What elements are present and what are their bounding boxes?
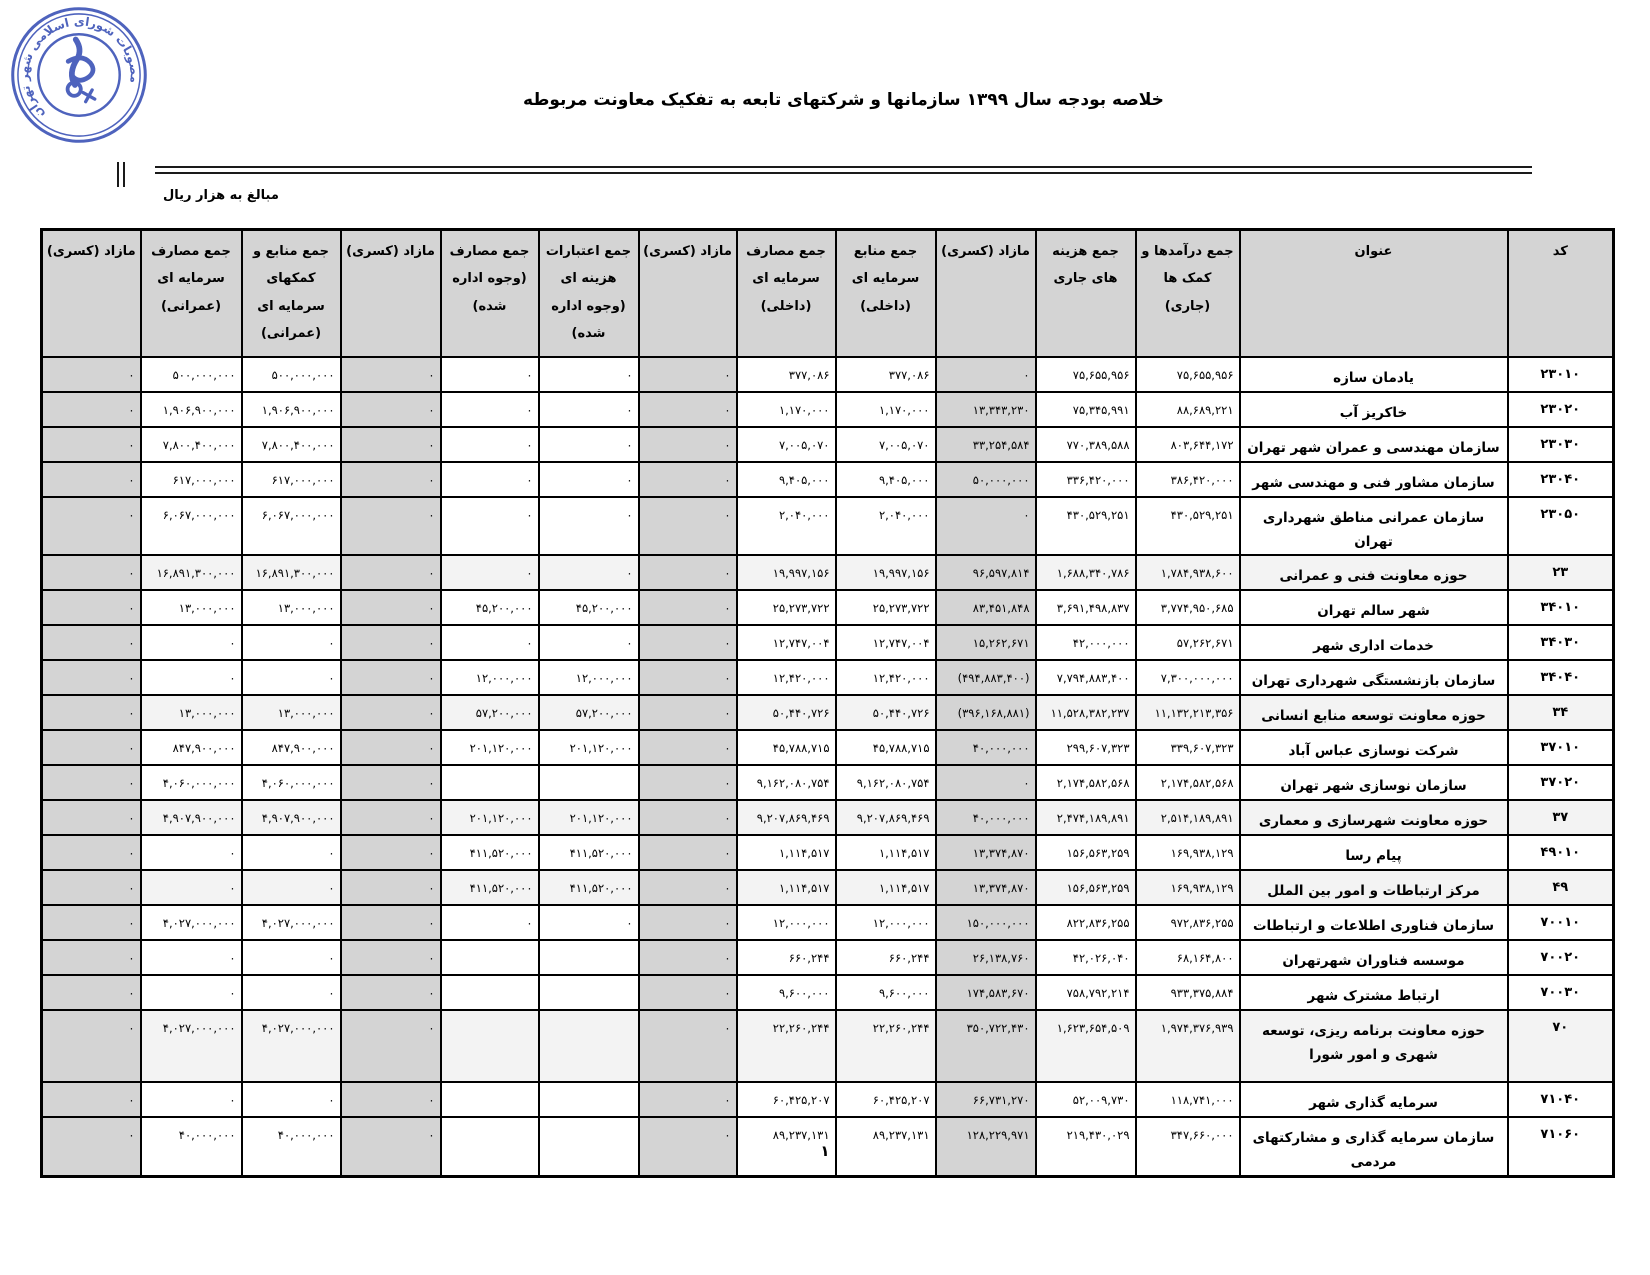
value-cell: ۷,۳۰۰,۰۰۰,۰۰۰	[1136, 660, 1240, 695]
value-cell: ۴۵,۲۰۰,۰۰۰	[539, 590, 639, 625]
value-cell: ۸۴۷,۹۰۰,۰۰۰	[141, 730, 242, 765]
table-row: ۲۳۰۵۰سازمان عمرانی مناطق شهرداری تهران۴۳…	[42, 497, 1614, 556]
value-cell: ۱,۹۷۴,۳۷۶,۹۳۹	[1136, 1010, 1240, 1082]
value-cell: ۳۷۷,۰۸۶	[836, 357, 936, 392]
surplus-value-cell: ۰	[42, 357, 141, 392]
table-row: ۲۳۰۱۰یادمان سازه۷۵,۶۵۵,۹۵۶۷۵,۶۵۵,۹۵۶۰۳۷۷…	[42, 357, 1614, 392]
code-cell: ۲۳۰۱۰	[1508, 357, 1614, 392]
value-cell: ۴۳۰,۵۲۹,۲۵۱	[1036, 497, 1136, 556]
code-cell: ۳۷۰۲۰	[1508, 765, 1614, 800]
value-cell: ۰	[242, 940, 341, 975]
subtotal-row: ۷۰حوزه معاونت برنامه ریزی، توسعه شهری و …	[42, 1010, 1614, 1082]
code-cell: ۴۹	[1508, 870, 1614, 905]
value-cell	[539, 1010, 639, 1082]
value-cell: ۱۶,۸۹۱,۳۰۰,۰۰۰	[242, 555, 341, 590]
value-cell: ۹,۱۶۲,۰۸۰,۷۵۴	[836, 765, 936, 800]
value-cell: ۷,۷۹۴,۸۸۳,۴۰۰	[1036, 660, 1136, 695]
value-cell: ۱۹,۹۹۷,۱۵۶	[836, 555, 936, 590]
surplus-value-cell: ۰	[42, 555, 141, 590]
value-cell: ۴۲,۰۲۶,۰۴۰	[1036, 940, 1136, 975]
value-cell: ۵۰۰,۰۰۰,۰۰۰	[242, 357, 341, 392]
value-cell: ۱۵۶,۵۶۳,۲۵۹	[1036, 870, 1136, 905]
surplus-value-cell: ۰	[42, 905, 141, 940]
value-cell: ۳۷۷,۰۸۶	[737, 357, 836, 392]
value-cell: ۰	[441, 497, 539, 556]
table-row: ۳۴۰۱۰شهر سالم تهران۳,۷۷۴,۹۵۰,۶۸۵۳,۶۹۱,۴۹…	[42, 590, 1614, 625]
value-cell: ۹,۲۰۷,۸۶۹,۴۶۹	[737, 800, 836, 835]
table-row: ۳۷۰۲۰سازمان نوسازی شهر تهران۲,۱۷۴,۵۸۲,۵۶…	[42, 765, 1614, 800]
value-cell: ۴,۰۲۷,۰۰۰,۰۰۰	[141, 905, 242, 940]
value-cell: ۲,۰۴۰,۰۰۰	[737, 497, 836, 556]
surplus-value-cell: ۰	[42, 590, 141, 625]
value-cell: ۴۱۱,۵۲۰,۰۰۰	[539, 835, 639, 870]
value-cell: ۰	[539, 625, 639, 660]
column-header: عنوان	[1240, 230, 1508, 357]
value-cell: ۰	[242, 870, 341, 905]
value-cell: ۱۳,۰۰۰,۰۰۰	[141, 590, 242, 625]
surplus-value-cell: ۰	[639, 800, 737, 835]
value-cell	[539, 975, 639, 1010]
value-cell: ۴۲,۰۰۰,۰۰۰	[1036, 625, 1136, 660]
table-row: ۲۳۰۳۰سازمان مهندسی و عمران شهر تهران۸۰۳,…	[42, 427, 1614, 462]
value-cell: ۵۰۰,۰۰۰,۰۰۰	[141, 357, 242, 392]
value-cell: ۲۲,۲۶۰,۲۴۴	[737, 1010, 836, 1082]
surplus-value-cell: ۰	[341, 427, 441, 462]
value-cell: ۴۵,۲۰۰,۰۰۰	[441, 590, 539, 625]
value-cell: ۹,۴۰۵,۰۰۰	[737, 462, 836, 497]
surplus-value-cell: ۰	[639, 1082, 737, 1117]
surplus-value-cell: ۰	[639, 427, 737, 462]
surplus-value-cell: ۰	[639, 555, 737, 590]
title-cell: سازمان بازنشستگی شهرداری تهران	[1240, 660, 1508, 695]
surplus-value-cell: ۰	[639, 392, 737, 427]
surplus-value-cell: (۳۹۶,۱۶۸,۸۸۱)	[936, 695, 1036, 730]
value-cell: ۱۶۹,۹۳۸,۱۲۹	[1136, 870, 1240, 905]
value-cell: ۶,۰۶۷,۰۰۰,۰۰۰	[242, 497, 341, 556]
value-cell: ۳,۷۷۴,۹۵۰,۶۸۵	[1136, 590, 1240, 625]
column-header: جمع منابع و کمکهای سرمایه ای (عمرانی)	[242, 230, 341, 357]
value-cell: ۱,۹۰۶,۹۰۰,۰۰۰	[141, 392, 242, 427]
table-row: ۷۰۰۱۰سازمان فناوری اطلاعات و ارتباطات۹۷۲…	[42, 905, 1614, 940]
value-cell: ۴,۰۲۷,۰۰۰,۰۰۰	[242, 1010, 341, 1082]
value-cell: ۲۰۱,۱۲۰,۰۰۰	[539, 800, 639, 835]
title-cell: سازمان مهندسی و عمران شهر تهران	[1240, 427, 1508, 462]
surplus-value-cell: ۰	[639, 730, 737, 765]
surplus-value-cell: ۰	[42, 1010, 141, 1082]
title-cell: سازمان عمرانی مناطق شهرداری تهران	[1240, 497, 1508, 556]
value-cell	[441, 765, 539, 800]
value-cell: ۹,۶۰۰,۰۰۰	[836, 975, 936, 1010]
surplus-value-cell: ۴۰,۰۰۰,۰۰۰	[936, 730, 1036, 765]
value-cell: ۷۵,۶۵۵,۹۵۶	[1136, 357, 1240, 392]
value-cell: ۸۴۷,۹۰۰,۰۰۰	[242, 730, 341, 765]
value-cell: ۵۰,۴۴۰,۷۲۶	[737, 695, 836, 730]
surplus-value-cell: ۰	[341, 940, 441, 975]
value-cell: ۲,۵۱۴,۱۸۹,۸۹۱	[1136, 800, 1240, 835]
value-cell: ۶۰,۴۲۵,۲۰۷	[836, 1082, 936, 1117]
value-cell: ۱,۹۰۶,۹۰۰,۰۰۰	[242, 392, 341, 427]
surplus-value-cell: ۰	[639, 357, 737, 392]
value-cell: ۸۸,۶۸۹,۲۲۱	[1136, 392, 1240, 427]
value-cell: ۰	[441, 392, 539, 427]
subtotal-row: ۳۷حوزه معاونت شهرسازی و معماری۲,۵۱۴,۱۸۹,…	[42, 800, 1614, 835]
column-header: جمع هزینه های جاری	[1036, 230, 1136, 357]
surplus-value-cell: ۰	[42, 940, 141, 975]
value-cell: ۷,۸۰۰,۴۰۰,۰۰۰	[242, 427, 341, 462]
value-cell: ۱۶,۸۹۱,۳۰۰,۰۰۰	[141, 555, 242, 590]
surplus-value-cell: ۳۵۰,۷۲۲,۴۳۰	[936, 1010, 1036, 1082]
value-cell: ۰	[441, 427, 539, 462]
header-double-rule	[155, 166, 1532, 174]
value-cell: ۷۵۸,۷۹۲,۲۱۴	[1036, 975, 1136, 1010]
surplus-value-cell: ۰	[341, 905, 441, 940]
value-cell: ۲۵,۲۷۳,۷۲۲	[836, 590, 936, 625]
value-cell: ۹۳۳,۳۷۵,۸۸۴	[1136, 975, 1240, 1010]
surplus-value-cell: ۰	[42, 660, 141, 695]
code-cell: ۳۷۰۱۰	[1508, 730, 1614, 765]
code-cell: ۳۴۰۱۰	[1508, 590, 1614, 625]
value-cell: ۴,۰۶۰,۰۰۰,۰۰۰	[242, 765, 341, 800]
column-header: جمع مصارف سرمایه ای (عمرانی)	[141, 230, 242, 357]
subtotal-row: ۴۹مرکز ارتباطات و امور بین الملل۱۶۹,۹۳۸,…	[42, 870, 1614, 905]
title-cell: سازمان فناوری اطلاعات و ارتباطات	[1240, 905, 1508, 940]
column-header: جمع مصارف (وجوه اداره شده)	[441, 230, 539, 357]
value-cell: ۱,۶۸۸,۳۴۰,۷۸۶	[1036, 555, 1136, 590]
value-cell: ۴۳۰,۵۲۹,۲۵۱	[1136, 497, 1240, 556]
value-cell: ۷,۰۰۵,۰۷۰	[737, 427, 836, 462]
surplus-value-cell: ۰	[42, 870, 141, 905]
subtotal-row: ۳۴حوزه معاونت توسعه منابع انسانی۱۱,۱۳۲,۲…	[42, 695, 1614, 730]
value-cell: ۱۲,۴۲۰,۰۰۰	[737, 660, 836, 695]
surplus-value-cell: ۰	[639, 975, 737, 1010]
value-cell: ۳۳۹,۶۰۷,۳۲۳	[1136, 730, 1240, 765]
title-cell: مرکز ارتباطات و امور بین الملل	[1240, 870, 1508, 905]
value-cell: ۱۲,۷۴۷,۰۰۴	[737, 625, 836, 660]
surplus-value-cell: ۰	[341, 497, 441, 556]
surplus-value-cell: ۰	[341, 765, 441, 800]
value-cell	[441, 1010, 539, 1082]
title-cell: شرکت نوسازی عباس آباد	[1240, 730, 1508, 765]
table-row: ۷۰۰۲۰موسسه فناوران شهرتهران۶۸,۱۶۴,۸۰۰۴۲,…	[42, 940, 1614, 975]
value-cell: ۹۷۲,۸۳۶,۲۵۵	[1136, 905, 1240, 940]
surplus-value-cell: ۳۳,۲۵۴,۵۸۴	[936, 427, 1036, 462]
surplus-value-cell: ۰	[42, 462, 141, 497]
value-cell: ۱۲,۰۰۰,۰۰۰	[737, 905, 836, 940]
value-cell: ۱۳,۰۰۰,۰۰۰	[242, 590, 341, 625]
value-cell: ۲,۴۷۴,۱۸۹,۸۹۱	[1036, 800, 1136, 835]
value-cell: ۰	[242, 625, 341, 660]
surplus-value-cell: ۱۳,۳۷۴,۸۷۰	[936, 870, 1036, 905]
value-cell: ۴۱۱,۵۲۰,۰۰۰	[441, 835, 539, 870]
surplus-value-cell: ۰	[936, 357, 1036, 392]
value-cell: ۴,۰۲۷,۰۰۰,۰۰۰	[242, 905, 341, 940]
value-cell: ۱,۱۷۰,۰۰۰	[836, 392, 936, 427]
surplus-value-cell: ۰	[42, 765, 141, 800]
title-cell: حوزه معاونت توسعه منابع انسانی	[1240, 695, 1508, 730]
surplus-value-cell: ۰	[639, 870, 737, 905]
value-cell: ۰	[141, 1082, 242, 1117]
surplus-value-cell: ۰	[42, 392, 141, 427]
title-cell: حوزه معاونت فنی و عمرانی	[1240, 555, 1508, 590]
value-cell: ۰	[141, 940, 242, 975]
surplus-value-cell: ۰	[42, 975, 141, 1010]
value-cell: ۰	[242, 975, 341, 1010]
column-header: مازاد (کسری)	[936, 230, 1036, 357]
title-cell: سازمان نوسازی شهر تهران	[1240, 765, 1508, 800]
value-cell: ۱۹,۹۹۷,۱۵۶	[737, 555, 836, 590]
code-cell: ۲۳	[1508, 555, 1614, 590]
surplus-value-cell: ۰	[341, 590, 441, 625]
title-cell: سازمان مشاور فنی و مهندسی شهر	[1240, 462, 1508, 497]
code-cell: ۷۰۰۱۰	[1508, 905, 1614, 940]
value-cell: ۱۲,۴۲۰,۰۰۰	[836, 660, 936, 695]
surplus-value-cell: ۰	[639, 905, 737, 940]
value-cell: ۰	[539, 392, 639, 427]
surplus-value-cell: ۰	[639, 497, 737, 556]
value-cell: ۰	[141, 975, 242, 1010]
value-cell: ۱۲,۷۴۷,۰۰۴	[836, 625, 936, 660]
surplus-value-cell: ۱۷۴,۵۸۳,۶۷۰	[936, 975, 1036, 1010]
value-cell: ۳,۶۹۱,۴۹۸,۸۳۷	[1036, 590, 1136, 625]
surplus-value-cell: ۱۵۰,۰۰۰,۰۰۰	[936, 905, 1036, 940]
value-cell: ۰	[141, 625, 242, 660]
surplus-value-cell: ۰	[639, 695, 737, 730]
value-cell: ۴,۹۰۷,۹۰۰,۰۰۰	[141, 800, 242, 835]
value-cell: ۰	[441, 625, 539, 660]
value-cell: ۲,۱۷۴,۵۸۲,۵۶۸	[1136, 765, 1240, 800]
value-cell: ۶,۰۶۷,۰۰۰,۰۰۰	[141, 497, 242, 556]
value-cell: ۴۵,۷۸۸,۷۱۵	[836, 730, 936, 765]
column-header: مازاد (کسری)	[639, 230, 737, 357]
code-cell: ۳۷	[1508, 800, 1614, 835]
table-row: ۲۳۰۴۰سازمان مشاور فنی و مهندسی شهر۳۸۶,۴۲…	[42, 462, 1614, 497]
surplus-value-cell: ۰	[42, 1082, 141, 1117]
value-cell: ۰	[539, 427, 639, 462]
value-cell: ۵۷,۲۰۰,۰۰۰	[539, 695, 639, 730]
value-cell: ۵۷,۲۰۰,۰۰۰	[441, 695, 539, 730]
code-cell: ۷۰۰۳۰	[1508, 975, 1614, 1010]
value-cell: ۱۱,۱۳۲,۲۱۳,۳۵۶	[1136, 695, 1240, 730]
value-cell: ۱,۱۱۴,۵۱۷	[836, 870, 936, 905]
value-cell: ۱۶۹,۹۳۸,۱۲۹	[1136, 835, 1240, 870]
value-cell: ۰	[441, 462, 539, 497]
value-cell: ۱۱۸,۷۴۱,۰۰۰	[1136, 1082, 1240, 1117]
surplus-value-cell: ۹۶,۵۹۷,۸۱۴	[936, 555, 1036, 590]
table-row: ۷۰۰۳۰ارتباط مشترک شهر۹۳۳,۳۷۵,۸۸۴۷۵۸,۷۹۲,…	[42, 975, 1614, 1010]
value-cell: ۰	[242, 835, 341, 870]
surplus-value-cell: ۰	[341, 462, 441, 497]
value-cell: ۲,۰۴۰,۰۰۰	[836, 497, 936, 556]
surplus-value-cell: ۰	[341, 730, 441, 765]
value-cell: ۲,۱۷۴,۵۸۲,۵۶۸	[1036, 765, 1136, 800]
surplus-value-cell: ۰	[639, 765, 737, 800]
value-cell: ۹,۲۰۷,۸۶۹,۴۶۹	[836, 800, 936, 835]
title-cell: خاکریز آب	[1240, 392, 1508, 427]
value-cell: ۵۷,۲۶۲,۶۷۱	[1136, 625, 1240, 660]
surplus-value-cell: ۰	[639, 590, 737, 625]
value-cell: ۵۰,۴۴۰,۷۲۶	[836, 695, 936, 730]
value-cell: ۸۲۲,۸۳۶,۲۵۵	[1036, 905, 1136, 940]
header-row: کدعنوانجمع درآمدها و کمک ها (جاری)جمع هز…	[42, 230, 1614, 357]
surplus-value-cell: ۰	[341, 975, 441, 1010]
value-cell: ۷,۰۰۵,۰۷۰	[836, 427, 936, 462]
value-cell: ۰	[141, 660, 242, 695]
code-cell: ۲۳۰۴۰	[1508, 462, 1614, 497]
surplus-value-cell: ۰	[42, 800, 141, 835]
value-cell: ۰	[441, 905, 539, 940]
code-cell: ۷۰۰۲۰	[1508, 940, 1614, 975]
column-header: جمع منابع سرمایه ای (داخلی)	[836, 230, 936, 357]
document-page: اداره مصوبات شورای اسلامی شهر تهران خلاص…	[0, 0, 1650, 1275]
title-cell: موسسه فناوران شهرتهران	[1240, 940, 1508, 975]
value-cell	[441, 975, 539, 1010]
surplus-value-cell: ۰	[341, 555, 441, 590]
value-cell: ۱۲,۰۰۰,۰۰۰	[539, 660, 639, 695]
surplus-value-cell: ۰	[341, 392, 441, 427]
value-cell: ۷۷۰,۳۸۹,۵۸۸	[1036, 427, 1136, 462]
surplus-value-cell: ۰	[341, 625, 441, 660]
value-cell: ۹,۴۰۵,۰۰۰	[836, 462, 936, 497]
column-header: کد	[1508, 230, 1614, 357]
surplus-value-cell: ۱۳,۳۴۳,۲۳۰	[936, 392, 1036, 427]
table-row: ۳۴۰۴۰سازمان بازنشستگی شهرداری تهران۷,۳۰۰…	[42, 660, 1614, 695]
surplus-value-cell: ۰	[42, 497, 141, 556]
surplus-value-cell: ۸۳,۴۵۱,۸۴۸	[936, 590, 1036, 625]
surplus-value-cell: ۰	[341, 660, 441, 695]
title-cell: خدمات اداری شهر	[1240, 625, 1508, 660]
surplus-value-cell: ۰	[42, 695, 141, 730]
value-cell: ۱۵۶,۵۶۳,۲۵۹	[1036, 835, 1136, 870]
council-stamp-logo: اداره مصوبات شورای اسلامی شهر تهران	[0, 0, 167, 163]
surplus-value-cell: ۰	[639, 1010, 737, 1082]
value-cell: ۴۵,۷۸۸,۷۱۵	[737, 730, 836, 765]
stamp-emblem	[55, 37, 101, 105]
title-cell: حوزه معاونت برنامه ریزی، توسعه شهری و ام…	[1240, 1010, 1508, 1082]
value-cell: ۱,۱۱۴,۵۱۷	[836, 835, 936, 870]
surplus-value-cell: ۰	[341, 835, 441, 870]
surplus-value-cell: ۰	[341, 1082, 441, 1117]
value-cell	[441, 1082, 539, 1117]
column-header: جمع درآمدها و کمک ها (جاری)	[1136, 230, 1240, 357]
surplus-value-cell: ۰	[42, 730, 141, 765]
value-cell: ۸۰۳,۶۴۴,۱۷۲	[1136, 427, 1240, 462]
surplus-value-cell: ۱۳,۳۷۴,۸۷۰	[936, 835, 1036, 870]
surplus-value-cell: (۴۹۴,۸۸۳,۴۰۰)	[936, 660, 1036, 695]
value-cell: ۰	[441, 555, 539, 590]
surplus-value-cell: ۴۰,۰۰۰,۰۰۰	[936, 800, 1036, 835]
amounts-unit-note: مبالغ به هزار ریال	[163, 188, 279, 203]
code-cell: ۲۳۰۵۰	[1508, 497, 1614, 556]
value-cell	[539, 765, 639, 800]
value-cell: ۲۹۹,۶۰۷,۳۲۳	[1036, 730, 1136, 765]
title-cell: پیام رسا	[1240, 835, 1508, 870]
value-cell: ۰	[539, 555, 639, 590]
surplus-value-cell: ۰	[341, 870, 441, 905]
value-cell: ۹,۶۰۰,۰۰۰	[737, 975, 836, 1010]
value-cell: ۰	[539, 905, 639, 940]
code-cell: ۳۴۰۳۰	[1508, 625, 1614, 660]
value-cell: ۴۱۱,۵۲۰,۰۰۰	[441, 870, 539, 905]
surplus-value-cell: ۰	[936, 765, 1036, 800]
value-cell: ۰	[242, 660, 341, 695]
code-cell: ۷۰	[1508, 1010, 1614, 1082]
surplus-value-cell: ۰	[341, 695, 441, 730]
value-cell: ۱۳,۰۰۰,۰۰۰	[242, 695, 341, 730]
surplus-value-cell: ۰	[639, 462, 737, 497]
table-row: ۳۴۰۳۰خدمات اداری شهر۵۷,۲۶۲,۶۷۱۴۲,۰۰۰,۰۰۰…	[42, 625, 1614, 660]
value-cell: ۰	[242, 1082, 341, 1117]
surplus-value-cell: ۰	[341, 357, 441, 392]
value-cell: ۱,۱۱۴,۵۱۷	[737, 835, 836, 870]
value-cell: ۶۸,۱۶۴,۸۰۰	[1136, 940, 1240, 975]
table-row: ۲۳۰۲۰خاکریز آب۸۸,۶۸۹,۲۲۱۷۵,۳۴۵,۹۹۱۱۳,۳۴۳…	[42, 392, 1614, 427]
value-cell: ۷,۸۰۰,۴۰۰,۰۰۰	[141, 427, 242, 462]
page-title: خلاصه بودجه سال ۱۳۹۹ سازمانها و شرکتهای …	[155, 90, 1532, 110]
title-cell: سرمایه گذاری شهر	[1240, 1082, 1508, 1117]
column-header: جمع اعتبارات هزینه ای (وجوه اداره شده)	[539, 230, 639, 357]
value-cell: ۶۶۰,۲۴۴	[836, 940, 936, 975]
surplus-value-cell: ۰	[42, 625, 141, 660]
value-cell: ۲۰۱,۱۲۰,۰۰۰	[441, 800, 539, 835]
table-row: ۳۷۰۱۰شرکت نوسازی عباس آباد۳۳۹,۶۰۷,۳۲۳۲۹۹…	[42, 730, 1614, 765]
value-cell: ۷۵,۶۵۵,۹۵۶	[1036, 357, 1136, 392]
value-cell: ۱۲,۰۰۰,۰۰۰	[836, 905, 936, 940]
value-cell: ۷۵,۳۴۵,۹۹۱	[1036, 392, 1136, 427]
surplus-value-cell: ۰	[42, 427, 141, 462]
value-cell: ۰	[539, 357, 639, 392]
value-cell: ۱,۱۷۰,۰۰۰	[737, 392, 836, 427]
title-cell: شهر سالم تهران	[1240, 590, 1508, 625]
surplus-value-cell: ۰	[341, 800, 441, 835]
value-cell: ۲۰۱,۱۲۰,۰۰۰	[441, 730, 539, 765]
surplus-value-cell: ۰	[341, 1010, 441, 1082]
value-cell: ۱۱,۵۲۸,۳۸۲,۲۳۷	[1036, 695, 1136, 730]
surplus-value-cell: ۲۶,۱۳۸,۷۶۰	[936, 940, 1036, 975]
table-row: ۷۱۰۴۰سرمایه گذاری شهر۱۱۸,۷۴۱,۰۰۰۵۲,۰۰۹,۷…	[42, 1082, 1614, 1117]
value-cell	[539, 1082, 639, 1117]
column-header: مازاد (کسری)	[42, 230, 141, 357]
code-cell: ۴۹۰۱۰	[1508, 835, 1614, 870]
value-cell: ۲۰۱,۱۲۰,۰۰۰	[539, 730, 639, 765]
surplus-value-cell: ۰	[639, 835, 737, 870]
value-cell: ۴۱۱,۵۲۰,۰۰۰	[539, 870, 639, 905]
surplus-value-cell: ۰	[42, 835, 141, 870]
value-cell: ۰	[539, 497, 639, 556]
value-cell: ۴,۰۶۰,۰۰۰,۰۰۰	[141, 765, 242, 800]
value-cell: ۹,۱۶۲,۰۸۰,۷۵۴	[737, 765, 836, 800]
value-cell: ۰	[141, 870, 242, 905]
value-cell: ۳۳۶,۴۲۰,۰۰۰	[1036, 462, 1136, 497]
column-header: مازاد (کسری)	[341, 230, 441, 357]
table-row: ۴۹۰۱۰پیام رسا۱۶۹,۹۳۸,۱۲۹۱۵۶,۵۶۳,۲۵۹۱۳,۳۷…	[42, 835, 1614, 870]
value-cell: ۳۸۶,۴۲۰,۰۰۰	[1136, 462, 1240, 497]
column-header: جمع مصارف سرمایه ای (داخلی)	[737, 230, 836, 357]
value-cell: ۱,۷۸۴,۹۳۸,۶۰۰	[1136, 555, 1240, 590]
value-cell: ۱۲,۰۰۰,۰۰۰	[441, 660, 539, 695]
title-cell: ارتباط مشترک شهر	[1240, 975, 1508, 1010]
value-cell: ۵۲,۰۰۹,۷۳۰	[1036, 1082, 1136, 1117]
value-cell: ۱۳,۰۰۰,۰۰۰	[141, 695, 242, 730]
surplus-value-cell: ۶۶,۷۳۱,۲۷۰	[936, 1082, 1036, 1117]
value-cell	[539, 940, 639, 975]
code-cell: ۳۴۰۴۰	[1508, 660, 1614, 695]
surplus-value-cell: ۵۰,۰۰۰,۰۰۰	[936, 462, 1036, 497]
budget-summary-table: کدعنوانجمع درآمدها و کمک ها (جاری)جمع هز…	[40, 228, 1615, 1178]
value-cell: ۱,۱۱۴,۵۱۷	[737, 870, 836, 905]
surplus-value-cell: ۰	[639, 660, 737, 695]
title-cell: یادمان سازه	[1240, 357, 1508, 392]
value-cell: ۴,۹۰۷,۹۰۰,۰۰۰	[242, 800, 341, 835]
